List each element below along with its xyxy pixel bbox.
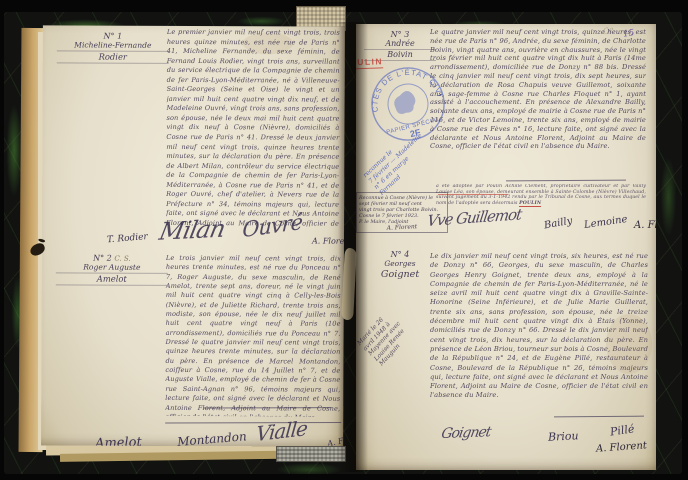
act-3-body: Le quatre janvier mil neuf cent vingt tr… [430, 28, 646, 182]
signature: Goignet [440, 424, 492, 442]
signature: T. Rodier [107, 232, 149, 245]
act-3-signatures: Vve Guillemot Bailly Lemoine A. Florent [426, 212, 652, 252]
act-4-signatures: Goignet Briou Pillé A. Florent [426, 424, 652, 468]
left-page: N° 1 Micheline-Fernande Rodier Le premie… [41, 25, 345, 446]
entry-1-margin: N° 1 Micheline-Fernande Rodier [57, 31, 169, 63]
signature: A. Flor [326, 434, 344, 447]
act-number: N° 1 [57, 31, 169, 40]
adoption-new-name: POULIN [519, 201, 541, 207]
act-2-signatures: Amelot Montandon Vialle A. Flor [55, 423, 345, 446]
act-4-body: Le dix janvier mil neuf cent vingt trois… [430, 252, 648, 422]
act-1-body: Le premier janvier mil neuf cent vingt t… [166, 28, 340, 227]
signature: Milan [157, 214, 227, 245]
signature: A. Florent [312, 237, 345, 246]
signature: Montandon [177, 429, 248, 446]
signature: A. Florent [596, 440, 648, 455]
adoption-marginal-note: a été adoptée par Poulin Achille Clément… [436, 184, 646, 211]
right-page: Ce 15 N° 3 Andrée Boivin POULIN ACTES DE… [356, 24, 656, 470]
cloth-tab-bottom [276, 446, 346, 462]
act-name-line: Amelot [56, 273, 168, 285]
act-1-signatures: T. Rodier Milan Ouvré A. Florent [62, 223, 342, 254]
signature: Bailly [543, 216, 573, 232]
act-name-line: Andrée [364, 39, 436, 50]
red-underline-mark [438, 194, 508, 195]
act-number-suffix: C. S. [114, 255, 130, 263]
recognition-note-box: Reconnue à Cosne (Nièvre) le sept févrie… [356, 192, 448, 233]
signature: Briou [548, 429, 579, 444]
entry-2-margin: N° 2 C. S. Roger Auguste Amelot [56, 253, 168, 285]
act-2-body: Le trois janvier mil neuf cent vingt tro… [165, 254, 341, 417]
act-number: N° 3 [364, 30, 436, 39]
register-photo: N° 1 Micheline-Fernande Rodier Le premie… [0, 0, 688, 480]
act-name-line: Roger Auguste [56, 262, 168, 273]
poulin-name-stamp: POULIN [356, 56, 383, 69]
signature: Amelot [95, 435, 142, 447]
signature: Lemoine [583, 214, 628, 231]
act-name-line: Rodier [57, 51, 169, 63]
act-name-line: Micheline-Fernande [57, 40, 169, 51]
signature: Vialle [255, 416, 308, 446]
act-number: N° 2 C. S. [56, 253, 168, 262]
signature: A. Florent [634, 220, 656, 231]
signature: Pillé [609, 422, 635, 438]
act-number: N° 4 [364, 250, 436, 259]
